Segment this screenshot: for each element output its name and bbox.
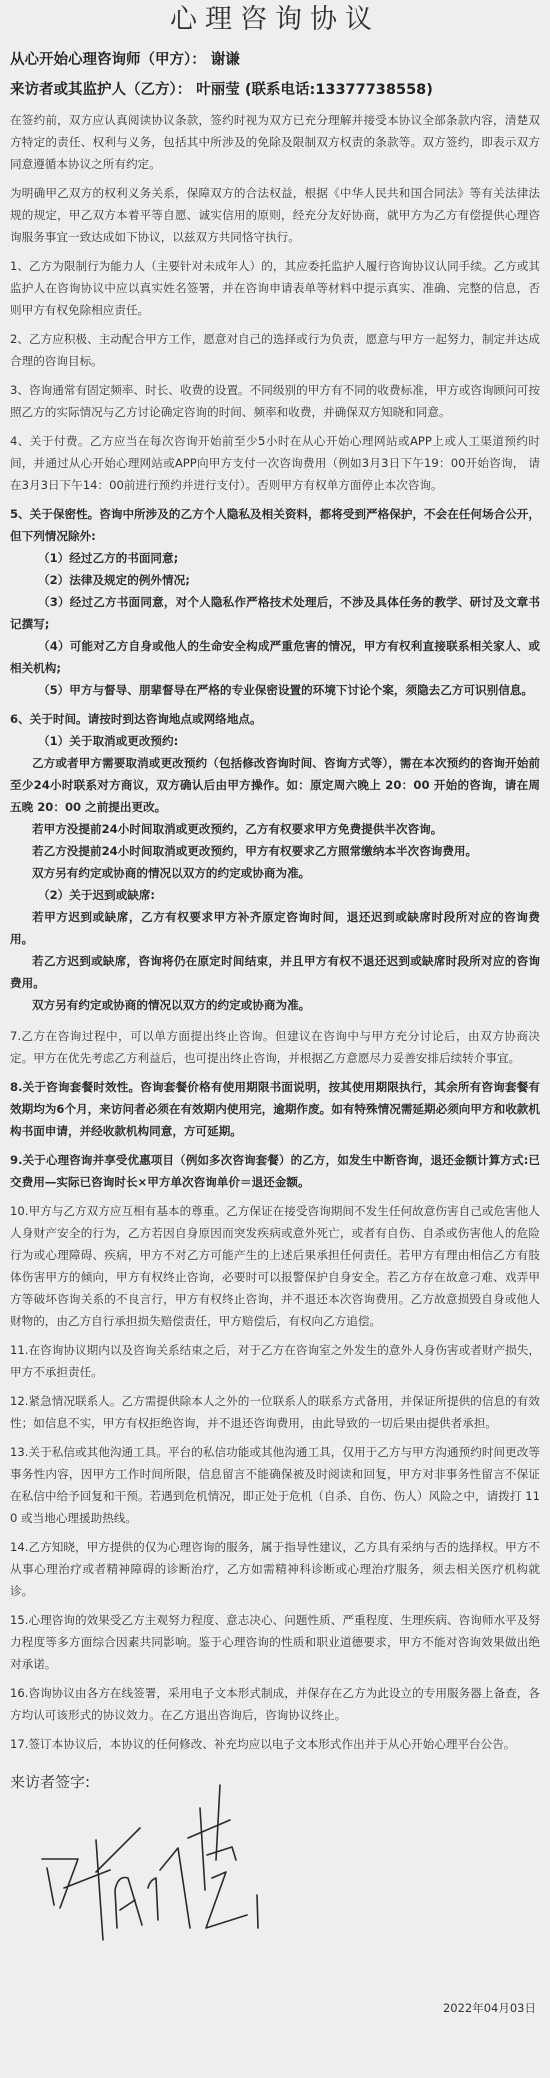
party-a: 从心开始心理咨询师（甲方）： 谢谦: [10, 50, 540, 70]
clause-7: 7.乙方在咨询过程中，可以单方面提出终止咨询。但建议在咨询中与甲方充分讨论后，由…: [10, 1025, 540, 1069]
clause-6-sub1-line: 若乙方没提前24小时间取消或更改预约，甲方有权要求乙方照常缴纳本半次咨询费用。: [10, 840, 540, 862]
clause-17: 17.签订本协议后，本协议的任何修改、补充均应以电子文本形式作出并于从心开始心理…: [10, 1733, 540, 1755]
clause-5-lead: 5、关于保密性。咨询中所涉及的乙方个人隐私及相关资料，都将受到严格保护，不会在任…: [10, 503, 540, 547]
clause-6-sub2-line: 若甲方迟到或缺席，乙方有权要求甲方补齐原定咨询时间，退还迟到或缺席时段所对应的咨…: [10, 906, 540, 950]
clause-5-item: （5）甲方与督导、朋辈督导在严格的专业保密设置的环境下讨论个案，须隐去乙方可识别…: [10, 679, 540, 701]
clause-15: 15.心理咨询的效果受乙方主观努力程度、意志决心、问题性质、严重程度、生理疾病、…: [10, 1609, 540, 1675]
clause-5-item: （2）法律及规定的例外情况;: [10, 569, 540, 591]
party-b: 来访者或其监护人（乙方）： 叶丽莹 (联系电话:13377738558): [10, 80, 540, 100]
clause-5-item: （4）可能对乙方自身或他人的生命安全构成严重危害的情况，甲方有权利直接联系相关家…: [10, 635, 540, 679]
clause-6-sub2-line: 双方另有约定或协商的情况以双方的约定或协商为准。: [10, 994, 540, 1016]
clause-12: 12.紧急情况联系人。乙方需提供除本人之外的一位联系人的联系方式备用，并保证所提…: [10, 1390, 540, 1434]
clause-13: 13.关于私信或其他沟通工具。平台的私信功能或其他沟通工具，仅用于乙方与甲方沟通…: [10, 1441, 540, 1529]
clause-5-item: （1）经过乙方的书面同意;: [10, 547, 540, 569]
clause-6-sub1-line: 若甲方没提前24小时间取消或更改预约，乙方有权要求甲方免费提供半次咨询。: [10, 818, 540, 840]
clause-5: 5、关于保密性。咨询中所涉及的乙方个人隐私及相关资料，都将受到严格保护，不会在任…: [10, 503, 540, 701]
clause-6-sub2-line: 若乙方迟到或缺席，咨询将仍在原定时间结束，并且甲方有权不退还迟到或缺席时段所对应…: [10, 950, 540, 994]
clause-3: 3、咨询通常有固定频率、时长、收费的设置。不同级别的甲方有不同的收费标准，甲方或…: [10, 379, 540, 423]
intro-paragraph-1: 在签约前，双方应认真阅读协议条款，签约时视为双方已充分理解并接受本协议全部条款内…: [10, 109, 540, 175]
clause-16: 16.咨询协议由各方在线签署，采用电子文本形式制成，并保存在乙方为此设立的专用服…: [10, 1682, 540, 1726]
clause-6-sub1-title: （1）关于取消或更改预约:: [10, 730, 540, 752]
clause-6: 6、关于时间。请按时到达咨询地点或网络地点。 （1）关于取消或更改预约: 乙方或…: [10, 708, 540, 1016]
clause-10: 10.甲方与乙方双方应互相有基本的尊重。乙方保证在接受咨询期间不发生任何故意伤害…: [10, 1200, 540, 1332]
clause-5-item: （3）经过乙方书面同意，对个人隐私作严格技术处理后，不涉及具体任务的教学、研讨及…: [10, 591, 540, 635]
clause-8: 8.关于咨询套餐时效性。咨询套餐价格有使用期限书面说明，按其使用期限执行，其余所…: [10, 1076, 540, 1142]
clause-4: 4、关于付费。乙方应当在每次咨询开始前至少5小时在从心开始心理网站或APP上或人…: [10, 430, 540, 496]
intro-paragraph-2: 为明确甲乙双方的权利义务关系，保障双方的合法权益，根据《中华人民共和国合同法》等…: [10, 182, 540, 248]
clause-6-sub2-title: （2）关于迟到或缺席:: [10, 884, 540, 906]
clause-2: 2、乙方应积极、主动配合甲方工作，愿意对自己的选择或行为负责，愿意与甲方一起努力…: [10, 328, 540, 372]
clause-11: 11.在咨询协议期内以及咨询关系结束之后，对于乙方在咨询室之外发生的意外人身伤害…: [10, 1339, 540, 1383]
clause-6-sub1-body: 乙方或者甲方需要取消或更改预约（包括修改咨询时间、咨询方式等），需在本次预约的咨…: [10, 752, 540, 818]
clause-1: 1、乙方为限制行为能力人（主要针对未成年人）的，其应委托监护人履行咨询协议认同手…: [10, 255, 540, 321]
clause-14: 14.乙方知晓，甲方提供的仅为心理咨询的服务，属于指导性建议，乙方具有采纳与否的…: [10, 1536, 540, 1602]
clause-6-lead: 6、关于时间。请按时到达咨询地点或网络地点。: [10, 708, 540, 730]
page-title: 心理咨询协议: [10, 0, 540, 38]
handwritten-signature: [0, 1760, 550, 1960]
agreement-document: 心理咨询协议 从心开始心理咨询师（甲方）： 谢谦 来访者或其监护人（乙方）： 叶…: [0, 0, 550, 1793]
clause-9: 9.关于心理咨询并享受优惠项目（例如多次咨询套餐）的乙方，如发生中断咨询，退还金…: [10, 1149, 540, 1193]
signing-date: 2022年04月03日: [443, 2000, 536, 2016]
clause-6-sub1-line: 双方另有约定或协商的情况以双方的约定或协商为准。: [10, 862, 540, 884]
